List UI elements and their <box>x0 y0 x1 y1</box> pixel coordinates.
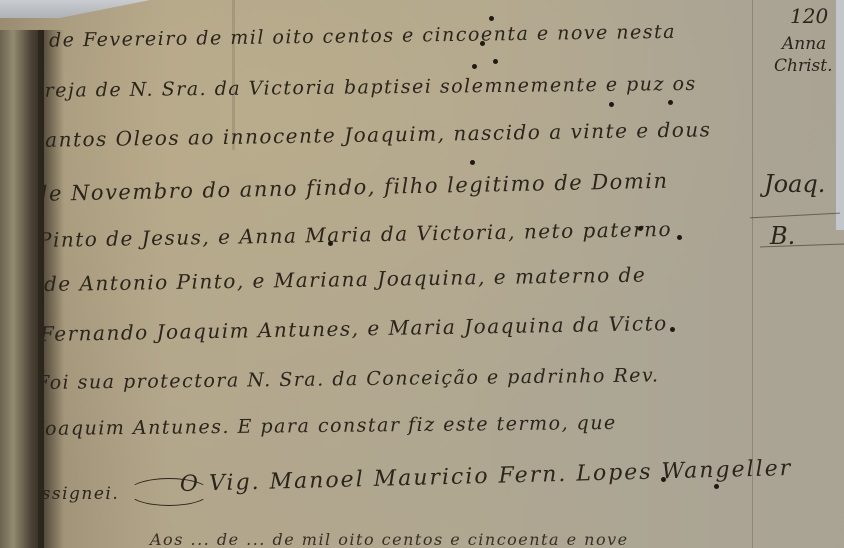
text-line-1: ro de Fevereiro de mil oito centos e cin… <box>18 21 676 52</box>
background-corner <box>0 0 150 18</box>
text-line-7: Fernando Joaquim Antunes, e Maria Joaqui… <box>40 311 668 346</box>
text-line-4: de Novembro do anno findo, filho legitim… <box>34 169 669 206</box>
next-entry-partial: Aos ... de ... de mil oito centos e cinc… <box>150 530 629 548</box>
text-line-3: Santos Oleos ao innocente Joaquim, nasci… <box>30 117 712 152</box>
paper-hole <box>677 235 682 240</box>
paper-hole <box>668 100 673 105</box>
paper-hole <box>472 64 477 69</box>
background-edge <box>836 0 844 230</box>
text-line-9: Joaquim Antunes. E para constar fiz este… <box>36 412 617 440</box>
margin-name-joaquim: Joaq. <box>764 170 825 198</box>
paper-hole <box>638 226 643 231</box>
paper-hole <box>609 102 614 107</box>
margin-divider <box>750 213 840 219</box>
signature: O Vig. Manoel Mauricio Fern. Lopes Wange… <box>180 456 793 497</box>
margin-note-christ: Christ. <box>774 56 832 76</box>
text-line-2: Igreja de N. Sra. da Victoria baptisei s… <box>22 73 697 102</box>
text-line-8: Foi sua protectora N. Sra. da Conceição … <box>36 364 660 394</box>
paper-hole <box>670 327 675 332</box>
paper-hole <box>661 477 666 482</box>
paper-hole <box>714 484 719 489</box>
binding-shadow <box>38 30 64 548</box>
page-number: 120 <box>790 4 828 28</box>
paper-hole <box>493 59 498 64</box>
text-line-5: Pinto de Jesus, e Anna Maria da Victoria… <box>38 217 672 252</box>
paper-hole <box>328 241 333 246</box>
text-line-6: de Antonio Pinto, e Mariana Joaquina, e … <box>44 263 647 296</box>
paper-hole <box>470 160 475 165</box>
paper-hole <box>489 16 494 21</box>
margin-note-name: Anna <box>782 34 826 54</box>
document-page: ro de Fevereiro de mil oito centos e cin… <box>0 0 844 548</box>
paper-hole <box>480 41 485 46</box>
